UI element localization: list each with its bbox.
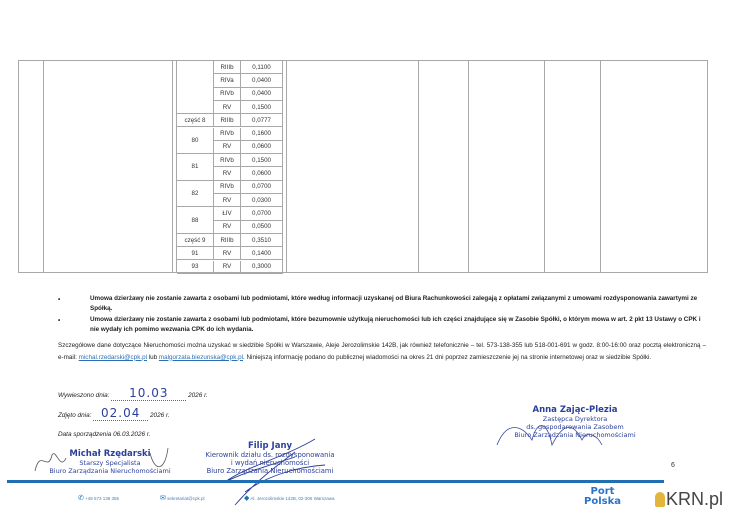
bullet-text: Umowa dzierżawy nie zostanie zawarta z o… [90, 294, 710, 314]
page-number: 6 [671, 462, 675, 469]
table-row: RIIIb0,3510 [213, 234, 283, 247]
table-row: RIVb0,1500 [213, 154, 283, 167]
area-cell: 0,3000 [240, 261, 283, 273]
land-class-cell: RV [213, 141, 240, 153]
posted-date-line: Wywieszono dnia: 10.03 2026 r. [58, 386, 208, 401]
land-class-cell: RIIIb [213, 234, 240, 246]
column-divider [544, 61, 545, 272]
area-cell: 0,0777 [240, 114, 283, 126]
table-row: RV0,3000 [213, 261, 283, 274]
parcel-number-cell: 80 [177, 128, 213, 155]
column-divider [468, 61, 469, 272]
removed-label: Zdjęto dnia: [58, 412, 91, 419]
area-cell: 0,3510 [240, 234, 283, 246]
land-class-cell: RIVb [213, 181, 240, 193]
land-class-cell: RIIIb [213, 114, 240, 126]
signature-block-2: Filip Jany Kierownik działu ds. rozdyspo… [185, 441, 355, 475]
parcel-number-cell: 82 [177, 181, 213, 208]
table-row: RIVb0,1600 [213, 128, 283, 141]
area-cell: 0,1600 [240, 128, 283, 140]
footer-bar [7, 480, 664, 483]
posted-year: 2026 r. [188, 392, 208, 399]
email-link-1[interactable]: michal.rzedarski@cpk.pl [79, 354, 147, 361]
land-class-cell: RV [213, 167, 240, 179]
area-cell: 0,0400 [240, 88, 283, 100]
land-class-cell: RIVb [213, 154, 240, 166]
bullet-marker: • [58, 296, 60, 303]
land-class-cell: RIVb [213, 88, 240, 100]
paragraph-text: lub [147, 354, 159, 361]
handwritten-signature [492, 410, 642, 455]
area-cell: 0,1100 [240, 61, 283, 73]
parcel-number-cell: 91 [177, 247, 213, 260]
land-class-cell: RIVa [213, 74, 240, 86]
table-row: RV0,1400 [213, 247, 283, 260]
area-cell: 0,0600 [240, 167, 283, 179]
phone-text: +48 573 138 355 [85, 496, 119, 501]
parcel-number-cell: 88 [177, 207, 213, 234]
area-cell: 0,0700 [240, 181, 283, 193]
table-row: RIVa0,0400 [213, 74, 283, 87]
table-row: RIIIb0,0777 [213, 114, 283, 127]
column-divider [172, 61, 173, 272]
contact-paragraph: Szczegółowe dane dotyczące Nieruchomości… [58, 340, 706, 363]
area-cell: 0,1500 [240, 154, 283, 166]
removed-date-line: Zdjęto dnia: 02.04 2026 r. [58, 406, 170, 421]
signature-block-3: Anna Zając-Plezia Zastępca Dyrektora ds.… [500, 405, 650, 439]
area-cell: 0,0500 [240, 221, 283, 233]
column-divider [286, 61, 287, 272]
bullet-marker: • [58, 317, 60, 324]
area-cell: 0,0600 [240, 141, 283, 153]
footer-address: ◆ Al. Jerozolimskie 142B, 02-305 Warszaw… [244, 494, 335, 502]
column-divider [600, 61, 601, 272]
email-text: sekretariat@cpk.pl [167, 496, 204, 501]
paragraph-text: . Niniejszą informację podano do publicz… [243, 354, 651, 361]
footer-phone: ✆ +48 573 138 355 [78, 494, 119, 502]
land-class-cell: ŁIV [213, 207, 240, 219]
table-row: RV0,0600 [213, 167, 283, 180]
envelope-icon: ✉ [160, 495, 166, 502]
table-row: RIVb0,0700 [213, 181, 283, 194]
land-class-cell: RV [213, 221, 240, 233]
table-row: RV0,0600 [213, 141, 283, 154]
area-cell: 0,0700 [240, 207, 283, 219]
parcel-number-cell: 93 [177, 261, 213, 274]
land-class-cell: RIVb [213, 128, 240, 140]
brand-line-2: Polska [584, 497, 621, 507]
table-row: RIVb0,0400 [213, 88, 283, 101]
removed-date-value: 02.04 [101, 406, 140, 420]
land-class-cell: RV [213, 194, 240, 206]
phone-icon: ✆ [78, 495, 84, 502]
parcel-number-cell [177, 61, 213, 114]
prepared-date: Data sporządzenia 06.03.2026 r. [58, 431, 151, 438]
table-row: RIIIb0,1100 [213, 61, 283, 74]
land-class-cell: RIIIb [213, 61, 240, 73]
area-cell: 0,1400 [240, 247, 283, 259]
email-link-2[interactable]: malgorzata.biezunska@cpk.pl [159, 354, 243, 361]
table-row: RV0,1500 [213, 101, 283, 114]
column-divider [43, 61, 44, 272]
bullet-text: Umowa dzierżawy nie zostanie zawarta z o… [90, 315, 710, 335]
parcel-number-cell: część 9 [177, 234, 213, 247]
posted-label: Wywieszono dnia: [58, 392, 110, 399]
parcel-table: część 880818288część 99193RIIIb0,1100RIV… [18, 60, 708, 273]
location-pin-icon: ◆ [244, 495, 249, 502]
area-cell: 0,1500 [240, 101, 283, 113]
table-row: RV0,0300 [213, 194, 283, 207]
footer-email: ✉ sekretariat@cpk.pl [160, 494, 204, 502]
address-text: Al. Jerozolimskie 142B, 02-305 Warszawa [250, 496, 334, 501]
area-cell: 0,0400 [240, 74, 283, 86]
area-cell: 0,0300 [240, 194, 283, 206]
parcel-number-cell: część 8 [177, 114, 213, 127]
land-class-cell: RV [213, 101, 240, 113]
table-row: ŁIV0,0700 [213, 207, 283, 220]
land-class-cell: RV [213, 261, 240, 273]
signature-block-1: Michał Rzędarski Starszy Specjalista Biu… [40, 449, 180, 475]
house-icon [655, 492, 665, 507]
port-polska-logo: Port Polska [584, 487, 621, 507]
handwritten-signature [30, 443, 180, 479]
land-class-cell: RV [213, 247, 240, 259]
krn-watermark: KRN.pl [655, 489, 723, 510]
removed-year: 2026 r. [150, 412, 170, 419]
posted-date-value: 10.03 [129, 386, 168, 400]
watermark-text: KRN.pl [666, 489, 723, 509]
table-row: RV0,0500 [213, 221, 283, 234]
column-divider [418, 61, 419, 272]
parcel-number-cell: 81 [177, 154, 213, 181]
